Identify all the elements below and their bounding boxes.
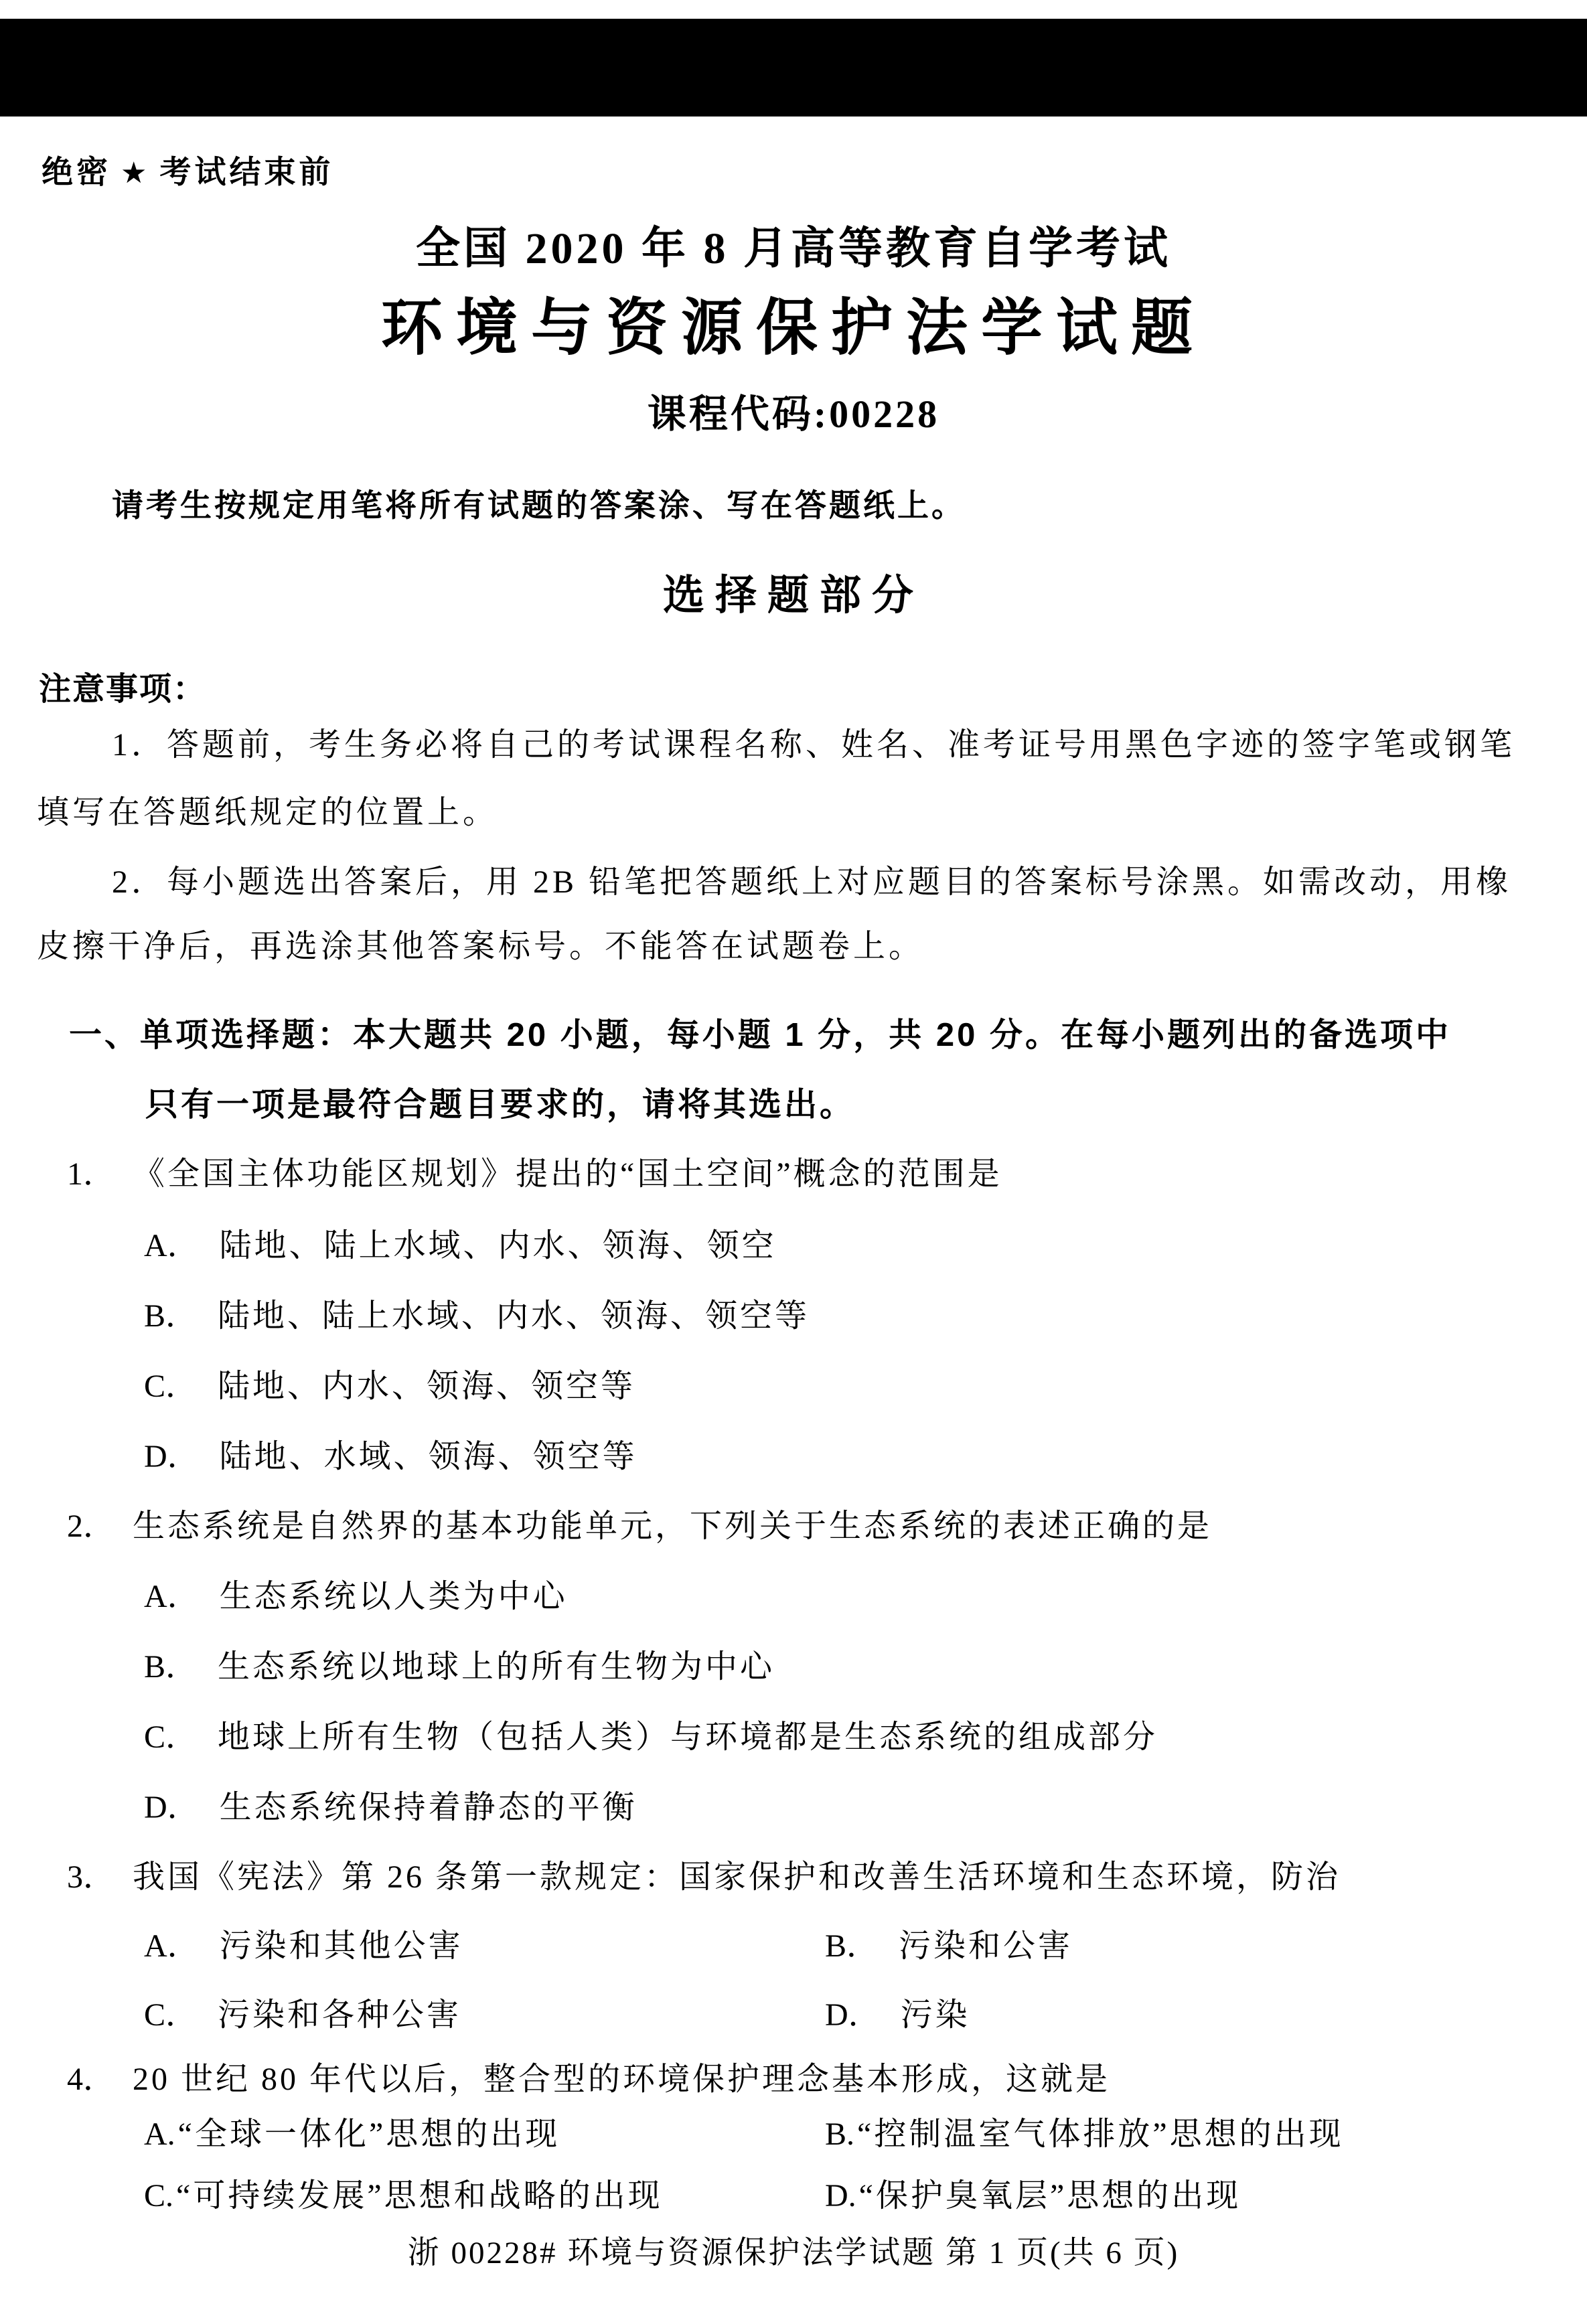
section-heading-line-1: 一、单项选择题：本大题共 20 小题，每小题 1 分，共 20 分。在每小题列出… <box>69 1016 1451 1054</box>
option-c-label: C． <box>144 1997 198 2033</box>
option-b-text: 污染和公害 <box>899 1928 1073 1964</box>
question-4-option-c: C.“可持续发展”思想和战略的出现 <box>144 2177 663 2214</box>
question-1-option-c: C．陆地、内水、领海、领空等 <box>144 1368 635 1405</box>
classification-banner: 绝密★考试结束前 <box>42 154 333 191</box>
question-2-option-c: C．地球上所有生物（包括人类）与环境都是生态系统的组成部分 <box>144 1719 1158 1756</box>
option-b-label: B. <box>825 2116 854 2153</box>
question-3-option-a: A．污染和其他公害 <box>144 1928 463 1964</box>
option-d-text: 生态系统保持着静态的平衡 <box>220 1790 637 1825</box>
option-b-text: 陆地、陆上水域、内水、领海、领空等 <box>218 1298 810 1334</box>
option-d-label: D． <box>144 1438 200 1475</box>
star-icon: ★ <box>111 157 159 189</box>
exam-subject-title: 环境与资源保护法学试题 <box>0 293 1587 364</box>
question-1-text: 《全国主体功能区规划》提出的“国土空间”概念的范围是 <box>133 1156 1002 1192</box>
option-a-label: A． <box>144 1928 200 1964</box>
question-1-option-a: A．陆地、陆上水域、内水、领海、领空 <box>144 1227 777 1264</box>
section-heading-line-2: 只有一项是最符合题目要求的，请将其选出。 <box>145 1086 855 1124</box>
question-4-option-a: A.“全球一体化”思想的出现 <box>144 2116 560 2153</box>
exam-session-title: 全国 2020 年 8 月高等教育自学考试 <box>0 224 1587 275</box>
option-d-text: 陆地、水域、领海、领空等 <box>220 1439 637 1474</box>
question-3-option-b: B．污染和公害 <box>825 1928 1073 1964</box>
question-4-stem: 4．20 世纪 80 年代以后，整合型的环境保护理念基本形成，这就是 <box>67 2061 1110 2098</box>
option-d-label: D. <box>825 2177 856 2214</box>
option-a-text: “全球一体化”思想的出现 <box>178 2116 560 2152</box>
option-c-label: C. <box>144 2177 173 2214</box>
question-2-option-b: B．生态系统以地球上的所有生物为中心 <box>144 1648 775 1685</box>
option-d-text: “保护臭氧层”思想的出现 <box>859 2178 1241 2214</box>
exam-paper-page: 绝密★考试结束前 全国 2020 年 8 月高等教育自学考试 环境与资源保护法学… <box>0 0 1587 2324</box>
classification-suffix: 考试结束前 <box>159 154 333 189</box>
question-2-option-d: D．生态系统保持着静态的平衡 <box>144 1789 637 1826</box>
option-b-label: B． <box>825 1928 879 1964</box>
option-a-label: A. <box>144 2116 175 2153</box>
note-1-line-1: 1．答题前，考生务必将自己的考试课程名称、姓名、准考证号用黑色字迹的签字笔或钢笔 <box>112 726 1515 763</box>
question-1-stem: 1．《全国主体功能区规划》提出的“国土空间”概念的范围是 <box>67 1156 1002 1192</box>
option-b-text: “控制温室气体排放”思想的出现 <box>857 2116 1344 2152</box>
option-d-label: D． <box>825 1997 881 2033</box>
option-d-text: 污染 <box>901 1997 970 2033</box>
option-c-text: 陆地、内水、领海、领空等 <box>218 1369 635 1404</box>
note-1-line-2: 填写在答题纸规定的位置上。 <box>37 794 498 831</box>
question-2-option-a: A．生态系统以人类为中心 <box>144 1578 568 1615</box>
question-3-stem: 3．我国《宪法》第 26 条第一款规定：国家保护和改善生活环境和生态环境，防治 <box>67 1859 1341 1895</box>
question-3-option-c: C．污染和各种公害 <box>144 1997 461 2033</box>
option-c-label: C． <box>144 1719 198 1756</box>
course-code: 课程代码:00228 <box>0 392 1587 437</box>
note-2-line-2: 皮擦干净后，再选涂其他答案标号。不能答在试题卷上。 <box>37 928 924 965</box>
question-4-option-b: B.“控制温室气体排放”思想的出现 <box>825 2116 1344 2153</box>
question-3-number: 3． <box>67 1859 115 1895</box>
question-2-number: 2． <box>67 1508 115 1545</box>
option-c-text: 地球上所有生物（包括人类）与环境都是生态系统的组成部分 <box>218 1719 1158 1755</box>
question-2-stem: 2．生态系统是自然界的基本功能单元，下列关于生态系统的表述正确的是 <box>67 1508 1212 1545</box>
question-1-number: 1． <box>67 1156 115 1192</box>
question-4-number: 4． <box>67 2061 115 2098</box>
option-c-text: 污染和各种公害 <box>218 1997 461 2033</box>
option-d-label: D． <box>144 1789 200 1826</box>
option-b-text: 生态系统以地球上的所有生物为中心 <box>218 1649 775 1685</box>
question-3-option-d: D．污染 <box>825 1997 970 2033</box>
answer-sheet-instruction: 请考生按规定用笔将所有试题的答案涂、写在答题纸上。 <box>112 487 966 524</box>
option-b-label: B． <box>144 1648 198 1685</box>
question-1-option-d: D．陆地、水域、领海、领空等 <box>144 1438 637 1475</box>
question-4-text: 20 世纪 80 年代以后，整合型的环境保护理念基本形成，这就是 <box>133 2062 1110 2097</box>
option-c-label: C． <box>144 1368 198 1405</box>
redaction-black-bar <box>0 19 1587 117</box>
notes-title: 注意事项： <box>39 671 206 708</box>
option-a-label: A． <box>144 1578 200 1615</box>
option-a-text: 陆地、陆上水域、内水、领海、领空 <box>220 1228 777 1263</box>
note-2-line-1: 2．每小题选出答案后，用 2B 铅笔把答题纸上对应题目的答案标号涂黑。如需改动，… <box>112 864 1511 901</box>
question-1-option-b: B．陆地、陆上水域、内水、领海、领空等 <box>144 1298 810 1334</box>
option-a-text: 生态系统以人类为中心 <box>220 1579 568 1614</box>
option-a-label: A． <box>144 1227 200 1264</box>
option-b-label: B． <box>144 1298 198 1334</box>
classification-prefix: 绝密 <box>42 154 111 189</box>
page-footer: 浙 00228# 环境与资源保护法学试题 第 1 页(共 6 页) <box>0 2235 1587 2271</box>
question-3-text: 我国《宪法》第 26 条第一款规定：国家保护和改善生活环境和生态环境，防治 <box>133 1859 1341 1895</box>
choice-part-title: 选择题部分 <box>0 572 1587 619</box>
option-c-text: “可持续发展”思想和战略的出现 <box>176 2178 663 2214</box>
question-2-text: 生态系统是自然界的基本功能单元，下列关于生态系统的表述正确的是 <box>133 1508 1212 1544</box>
question-4-option-d: D.“保护臭氧层”思想的出现 <box>825 2177 1241 2214</box>
option-a-text: 污染和其他公害 <box>220 1928 463 1964</box>
